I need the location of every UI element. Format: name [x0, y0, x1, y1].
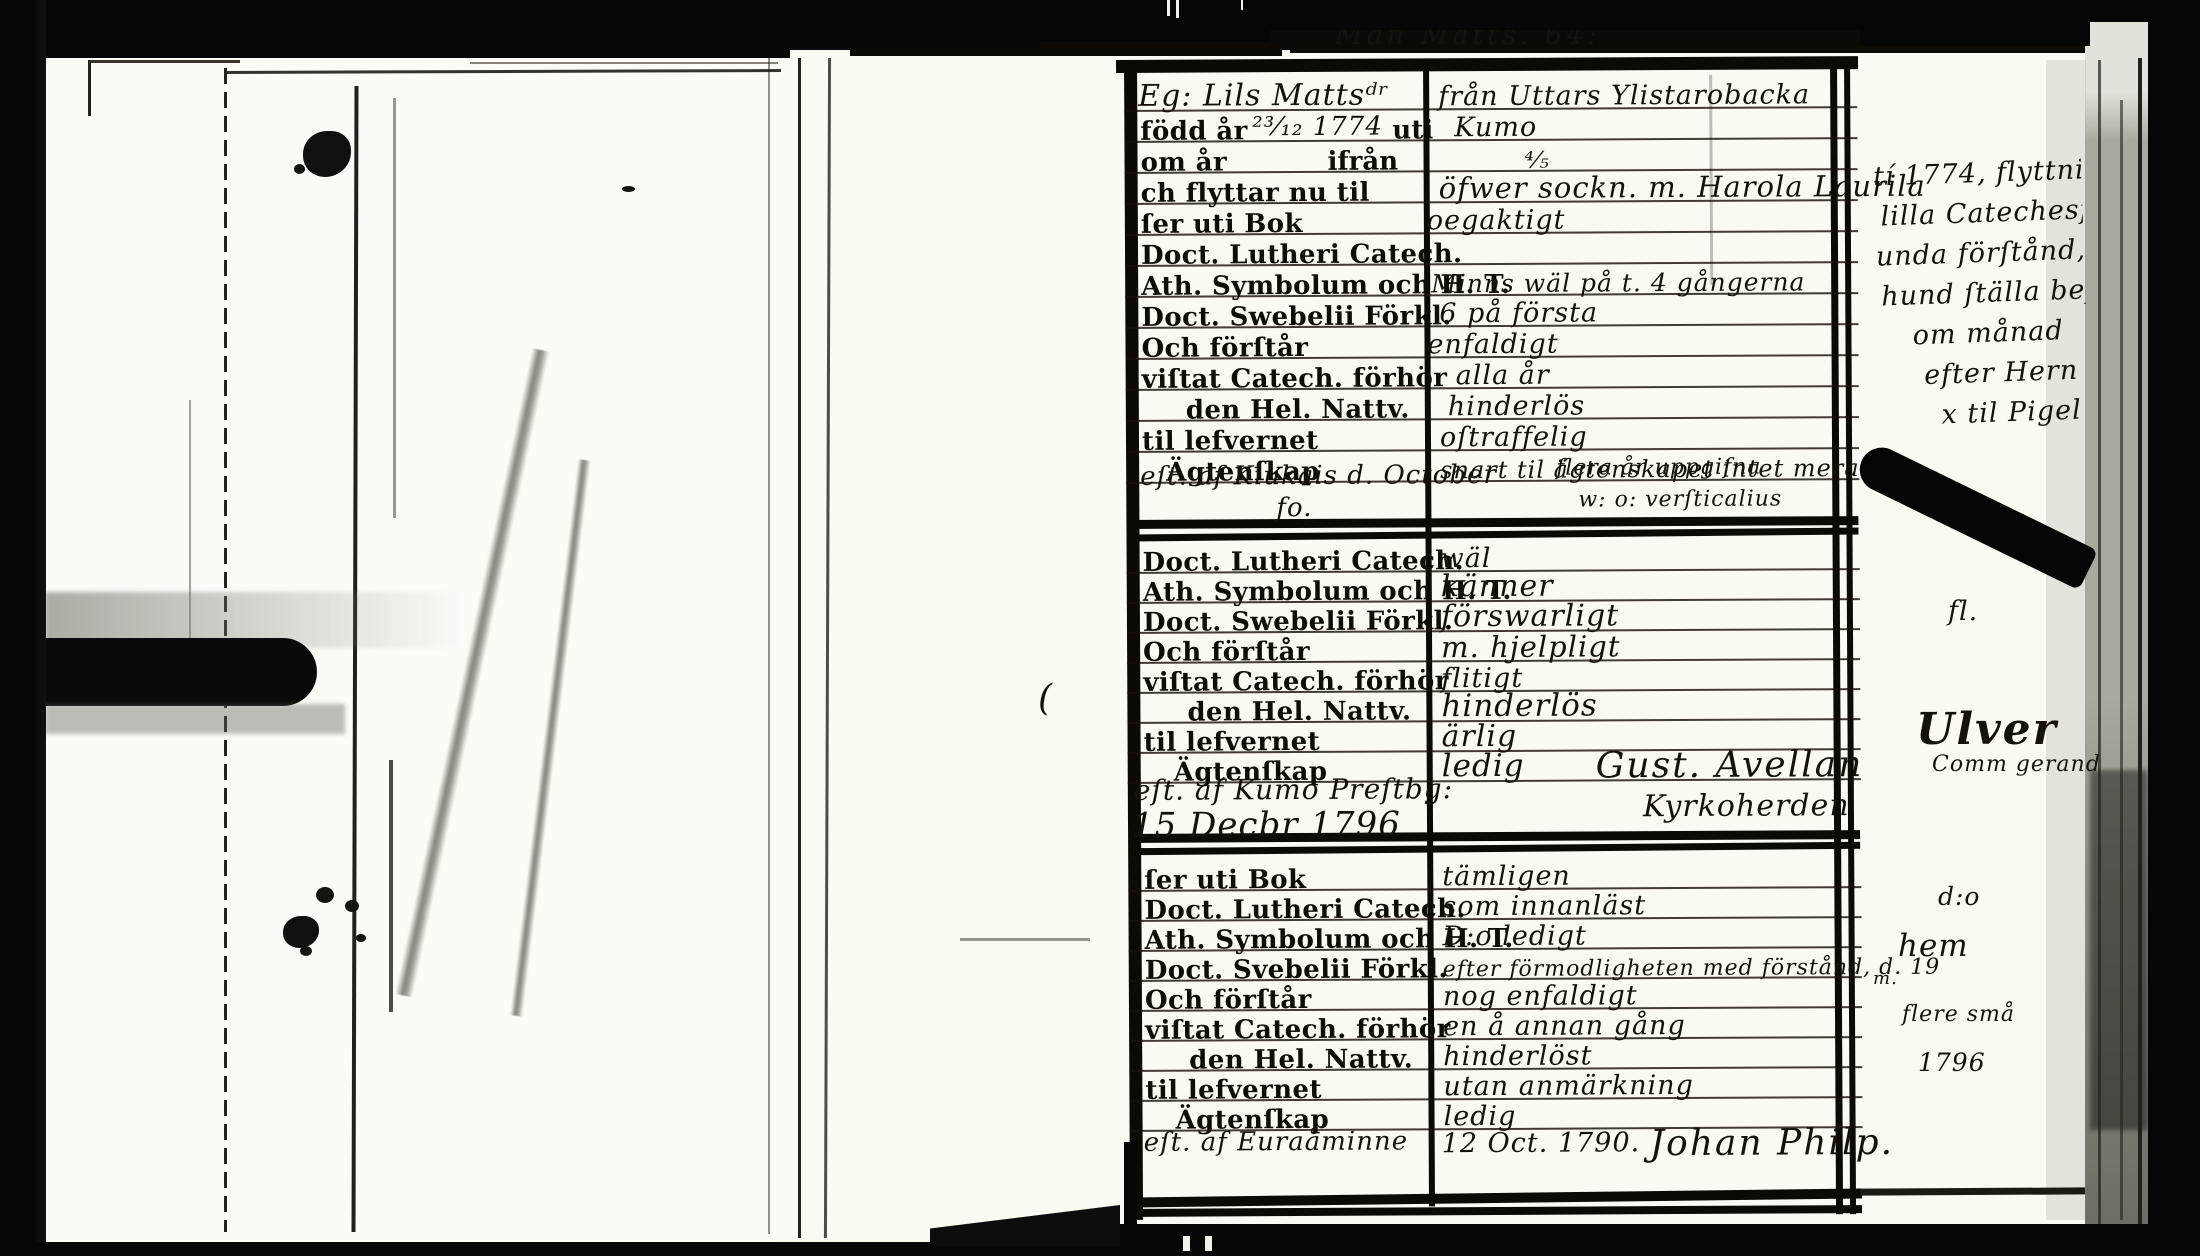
- form-row: Doct. Lutheri Catech.: [1125, 232, 1858, 267]
- ink-speck-6: [622, 186, 635, 192]
- row-value: ledig: [1442, 748, 1525, 784]
- bottom-rule-extension: [1860, 1187, 2085, 1195]
- origin-entry: från Uttars Ylistarobacka: [1438, 79, 1810, 112]
- row-value: oegaktigt: [1427, 205, 1566, 237]
- ink-speck-3: [345, 900, 359, 912]
- attest-1-note-2: w: o: verſticalius: [1578, 486, 1782, 512]
- ink-speck-2: [316, 887, 334, 903]
- form-row: viſtat Catech. förhören å annan gång: [1129, 1008, 1862, 1042]
- form-row: ch flyttar nu tilöfwer sockn. m. Harola …: [1125, 170, 1858, 205]
- form-row: Och förſtårnog enfaldigt: [1129, 978, 1862, 1012]
- row-value: tämligen: [1442, 861, 1571, 893]
- table-top-border: [1116, 56, 1858, 73]
- form-row: viſtat Catech. förhöralla år: [1126, 356, 1859, 391]
- record-section-3: ſer uti Boktämligen Doct. Lutheri Catech…: [1128, 858, 1862, 1132]
- bottom-slit-1: [1183, 1236, 1190, 1251]
- form-row: Doct. Svebelii Förkl.efter förmodlighete…: [1129, 948, 1862, 982]
- edge-line-1: [2098, 60, 2101, 1230]
- form-row: til lefvernetoſtraffelig: [1126, 418, 1859, 453]
- margin-lower-mark: hem: [1898, 928, 1969, 964]
- scanned-church-record-photo: ( Eg: Lils Mattsᵈʳ från Uttars Ylistarob…: [0, 0, 2200, 1256]
- row-value: D:o ledigt: [1443, 921, 1587, 953]
- form-row: Doct. Swebelii Förkl.förswarligt: [1127, 600, 1860, 634]
- person-name: Eg: Lils Mattsᵈʳ: [1138, 78, 1389, 114]
- attest-2-signature: Gust. Avellan: [1596, 744, 1864, 786]
- attest-3-date: 12 Oct. 1790.: [1442, 1127, 1641, 1159]
- margin-mid-mark: fl.: [1948, 596, 1978, 627]
- page-corner-line-v: [88, 60, 91, 116]
- top-slit-3: [1241, 0, 1243, 10]
- attest-2-date: 15 Decbr 1796: [1132, 804, 1401, 845]
- form-row: den Hel. Nattv.hinderlöst: [1129, 1038, 1862, 1072]
- row-value: Kumo: [1454, 112, 1537, 143]
- ink-speck-5: [356, 934, 366, 942]
- frame-top-seg-2: [790, 0, 1040, 48]
- row-value: alla år: [1456, 360, 1550, 391]
- margin-big-word: Ulver: [1916, 704, 2058, 755]
- form-row: til lefvernetutan anmärkning: [1129, 1068, 1862, 1102]
- page-corner-line-h: [88, 60, 240, 63]
- gutter-line-2: [798, 58, 801, 1238]
- attest-1-line-1: eſt. af Kiukais d. October: [1140, 460, 1497, 492]
- name-row: Eg: Lils Mattsᵈʳ från Uttars Ylistarobac…: [1124, 76, 1857, 112]
- frame-right-bar: [2148, 0, 2200, 1256]
- gutter-paren-mark: (: [1038, 678, 1053, 719]
- attest-1-note-1: flera år uppgifna: [1556, 455, 1761, 481]
- attest-2-place: eſt. af Kumo Preſtbg:: [1134, 772, 1453, 807]
- frame-left-bar: [0, 0, 46, 1256]
- row-value: 6 på första: [1439, 297, 1598, 329]
- form-row: den Hel. Nattv.hinderlös: [1126, 387, 1859, 422]
- edge-line-2: [2120, 100, 2123, 1220]
- row-value: hinderlös: [1448, 391, 1586, 423]
- fold-line-3a: [393, 98, 396, 518]
- bottom-slit-2: [1205, 1236, 1212, 1251]
- separator-3a: [1132, 1189, 1862, 1208]
- ink-speck-4: [300, 946, 312, 956]
- form-row: Doct. Lutheri Catech.som innanläst: [1128, 888, 1861, 922]
- margin-note-block: tí 1774, flyttning lilla Catechesfull un…: [1873, 154, 2092, 471]
- margin-sub-word: Comm gerand: [1932, 752, 2101, 777]
- top-slit-1: [1167, 0, 1170, 16]
- separator-1b: [1128, 527, 1858, 541]
- form-row: Och förſtårenfaldigt: [1125, 325, 1858, 360]
- row-value: enfaldigt: [1427, 329, 1558, 361]
- birth-date-entry: ²³⁄₁₂ 1774: [1252, 112, 1383, 143]
- form-row: Och förſtårm. hjelpligt: [1127, 630, 1860, 664]
- attest-3-place: eſt. af Euraåminne: [1144, 1126, 1409, 1157]
- form-row: ſer uti Bokoegaktigt: [1125, 201, 1858, 236]
- frame-top-seg-1: [0, 0, 790, 58]
- clip-shadow-lower: [45, 704, 345, 734]
- frame-top-seg-3: [1040, 0, 1270, 42]
- record-table: Eg: Lils Mattsᵈʳ från Uttars Ylistarobac…: [1124, 38, 1863, 1222]
- left-page-top-edge-faint: [470, 62, 778, 64]
- row-value: en å annan gång: [1443, 1010, 1686, 1042]
- gutter-line-1: [768, 58, 770, 1234]
- row-value: öfwer sockn. m. Harola Laurila: [1439, 169, 1926, 206]
- frame-top-seg-4: [1270, 0, 1860, 30]
- margin-lower-mark: d:o: [1938, 882, 1980, 911]
- form-row: Ath. Symbolum och H. T.D:o ledigt: [1129, 918, 1862, 952]
- row-value: hinderlöst: [1443, 1040, 1592, 1072]
- row-value: m. hjelpligt: [1441, 629, 1621, 664]
- margin-lower-mark: flere små: [1902, 1002, 2015, 1027]
- row-value: nog enfaldigt: [1443, 980, 1638, 1012]
- fold-line-3b: [389, 760, 393, 1012]
- ink-speck-1: [294, 164, 305, 174]
- edge-line-3: [2138, 58, 2142, 1238]
- form-row: ſer uti Boktämligen: [1128, 858, 1861, 892]
- form-row: född år ²³⁄₁₂ 1774 uti Kumo: [1124, 108, 1857, 143]
- frame-top-seg-5: [1860, 0, 2090, 46]
- form-row: Ath. Symbolum och H. T.Minns wäl på t. 4…: [1125, 263, 1858, 298]
- separator-1a: [1128, 516, 1858, 529]
- attest-3-signature: Johan Philp.: [1650, 1122, 1895, 1164]
- scratch-line: [960, 938, 1090, 941]
- row-value: oſtraffelig: [1440, 422, 1588, 454]
- top-slit-2: [1176, 0, 1179, 18]
- row-value: som innanläst: [1442, 890, 1646, 922]
- margin-lower-mark: m.: [1873, 968, 1898, 989]
- attest-1-line-2: fo.: [1276, 493, 1312, 523]
- separator-3b: [1132, 1205, 1862, 1217]
- form-row: Doct. Swebelii Förkl.6 på första: [1125, 294, 1858, 329]
- row-value: utan anmärkning: [1443, 1070, 1694, 1102]
- record-section-1: Eg: Lils Mattsᵈʳ från Uttars Ylistarobac…: [1124, 76, 1859, 484]
- margin-lower-mark: 1796: [1918, 1048, 1986, 1077]
- frame-bottom-right: [990, 1224, 2200, 1256]
- margin-note-line: x til Pigel: [1881, 394, 2090, 441]
- black-clip-object: [45, 638, 317, 706]
- attest-2-signature-title: Kyrkoherden: [1643, 788, 1850, 824]
